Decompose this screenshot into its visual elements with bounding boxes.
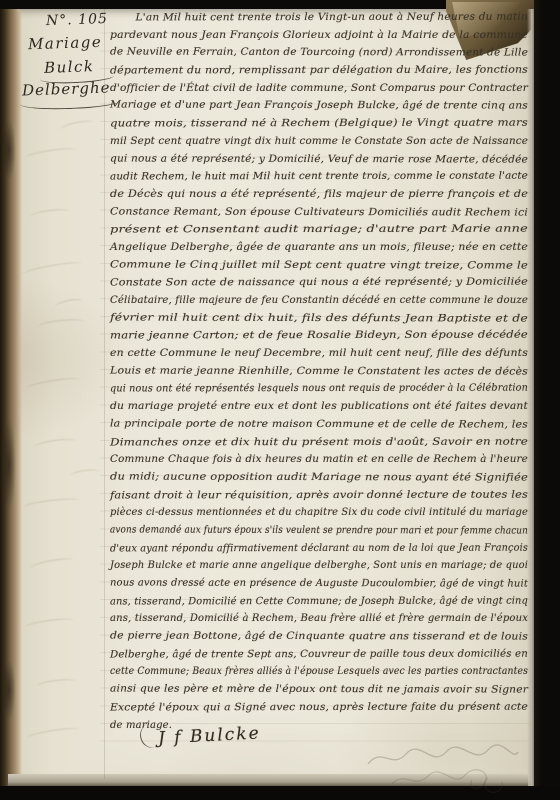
act-line: d'eux ayant répondu affirmativement décl… [110,542,530,561]
act-line: ainsi que les père et mère de l'époux on… [110,684,530,703]
act-line-text: d'eux ayant répondu affirmativement décl… [110,542,528,554]
act-line-text: Angelique Delberghe, âgée de quarante an… [110,242,528,253]
act-line-text: Constate Son acte de naissance qui nous … [110,277,528,289]
act-body: L'an Mil huit cent trente trois le Vingt… [110,12,530,737]
act-line-text: qui nous a été représenté; y Domicilié, … [110,153,528,165]
act-line-text: ainsi que les père et mère de l'époux on… [110,684,528,696]
act-line-text: Célibataire, fille majeure de feu Consta… [110,295,528,306]
act-line-text: audit Rechem, le huit mai Mil huit cent … [110,171,528,183]
act-line: L'an Mil huit cent trente trois le Vingt… [110,12,530,31]
act-line-text: de Neuville en Ferrain, Canton de Tourco… [110,47,528,59]
binding-stain [2,420,16,510]
act-line-text: en cette Commune le neuf Decembre, mil h… [110,348,528,359]
act-line: février mil huit cent dix huit, fils des… [110,312,530,331]
act-line: Angelique Delberghe, âgée de quarante an… [110,242,530,260]
act-line: Mariage et d'une part Jean François Jose… [110,100,530,119]
act-line-text: faisant droit à leur réquisition, après … [110,489,528,501]
act-line: en cette Commune le neuf Decembre, mil h… [110,348,530,366]
act-line-text: pièces ci-dessus mentionnées et du chapi… [110,507,528,518]
photo-edge-right [534,0,560,800]
act-line: de pierre jean Bottone, âgé de Cinquante… [110,631,530,650]
act-line: audit Rechem, le huit mai Mil huit cent … [110,171,530,190]
act-line-text: qui nous ont été représentés lesquels no… [110,383,528,395]
act-line: pièces ci-dessus mentionnées et du chapi… [110,507,530,525]
act-line-text: du midi; aucune opposition audit Mariage… [110,471,528,483]
act-line: du midi; aucune opposition audit Mariage… [110,471,530,490]
act-line: Célibataire, fille majeure de feu Consta… [110,295,530,313]
act-line: Delberghe, âgé de trente Sept ans, Couvr… [110,648,530,667]
act-line: avons demandé aux futurs époux s'ils veu… [110,524,530,543]
act-line-text: département du nord, remplissant par dél… [110,65,528,77]
act-line-text: de Décès qui nous a été représenté, fils… [110,189,528,200]
act-line-text: mil Sept cent quatre vingt dix huit comm… [110,136,528,147]
act-line: qui nous a été représenté; y Domicilié, … [110,153,530,172]
act-line-text: pardevant nous Jean François Glorieux ad… [110,30,528,41]
act-line: de Neuville en Ferrain, Canton de Tourco… [110,47,530,66]
act-line: Commune Chaque fois à dix heures du mati… [110,454,530,472]
act-line-text: février mil huit cent dix huit, fils des… [110,312,528,324]
act-line: Louis et marie jeanne Rienhille, Comme l… [110,365,530,384]
act-line: Joseph Bulcke et marie anne angelique de… [110,560,530,578]
act-line-text: Louis et marie jeanne Rienhille, Comme l… [110,365,528,377]
act-number: N°. 105 [46,11,108,29]
act-line-text: de pierre jean Bottone, âgé de Cinquante… [110,631,528,643]
act-line-text: ans, tisserand, Domicilié en Cette Commu… [110,595,528,607]
act-line: Dimanches onze et dix huit du présent mo… [110,436,530,455]
act-line-text: Commune le Cinq juillet mil Sept cent qu… [110,259,528,271]
act-line-text: présent et Consentant audit mariage; d'a… [110,224,528,236]
act-line-text: L'an Mil huit cent trente trois le Vingt… [110,12,528,24]
act-line-text: Dimanches onze et dix huit du présent mo… [110,436,528,448]
act-line-text: Excepté l'époux qui a Signé avec nous, a… [110,701,528,713]
binding-stain [2,120,16,180]
act-line: qui nous ont été représentés lesquels no… [110,383,530,402]
act-line-text: marie jeanne Carton; et de feue Rosalie … [110,330,528,342]
register-scan: N°. 105 Mariage Bulck Delberghe L'an Mil… [0,0,560,800]
act-type-label: Mariage [28,33,103,54]
act-line-text: quatre mois, tisserand né à Rechem (Belg… [110,118,528,130]
act-line: Constance Remant, Son épouse Cultivateur… [110,206,530,225]
act-line: ans, tisserand, Domicilié à Rechem, Beau… [110,613,530,631]
act-line-text: du mariage projeté entre eux et dont les… [110,401,528,412]
act-line: du mariage projeté entre eux et dont les… [110,401,530,419]
margin-rule [104,9,105,779]
act-line: la principale porte de notre maison Comm… [110,418,530,437]
act-line: nous avons dressé acte en présence de Au… [110,577,530,596]
binding-stain [2,660,16,720]
act-line: Commune le Cinq juillet mil Sept cent qu… [110,259,530,278]
act-line: quatre mois, tisserand né à Rechem (Belg… [110,118,530,137]
act-line-text: la principale porte de notre maison Comm… [110,418,528,430]
faded-signature [362,744,522,796]
act-line-text: Mariage et d'une part Jean François Jose… [110,100,528,112]
act-line-text: Delberghe, âgé de trente Sept ans, Couvr… [110,648,528,660]
act-line: d'officier de l'État civil de ladite com… [110,83,530,101]
act-line-text: nous avons dressé acte en présence de Au… [110,577,528,589]
act-line: Excepté l'époux qui a Signé avec nous, a… [110,701,530,720]
act-line: marie jeanne Carton; et de feue Rosalie … [110,330,530,349]
act-line: département du nord, remplissant par dél… [110,65,530,84]
act-line-text: Constance Remant, Son épouse Cultivateur… [110,206,528,218]
act-line-text: d'officier de l'État civil de ladite com… [110,83,528,94]
act-line: ans, tisserand, Domicilié en Cette Commu… [110,595,530,614]
act-line: faisant droit à leur réquisition, après … [110,489,530,508]
act-line: de Décès qui nous a été représenté, fils… [110,189,530,207]
act-line-text: ans, tisserand, Domicilié à Rechem, Beau… [110,613,528,624]
act-line: présent et Consentant audit mariage; d'a… [110,224,530,243]
act-line-text: cette Commune; Beaux frères alliés à l'é… [110,666,528,677]
act-line-text: Joseph Bulcke et marie anne angelique de… [110,560,528,571]
act-line: cette Commune; Beaux frères alliés à l'é… [110,666,530,684]
act-line: pardevant nous Jean François Glorieux ad… [110,30,530,48]
act-line-text: Commune Chaque fois à dix heures du mati… [110,454,528,465]
act-line: Constate Son acte de naissance qui nous … [110,277,530,296]
act-line: mil Sept cent quatre vingt dix huit comm… [110,136,530,154]
act-line-text: avons demandé aux futurs époux s'ils veu… [110,524,528,536]
